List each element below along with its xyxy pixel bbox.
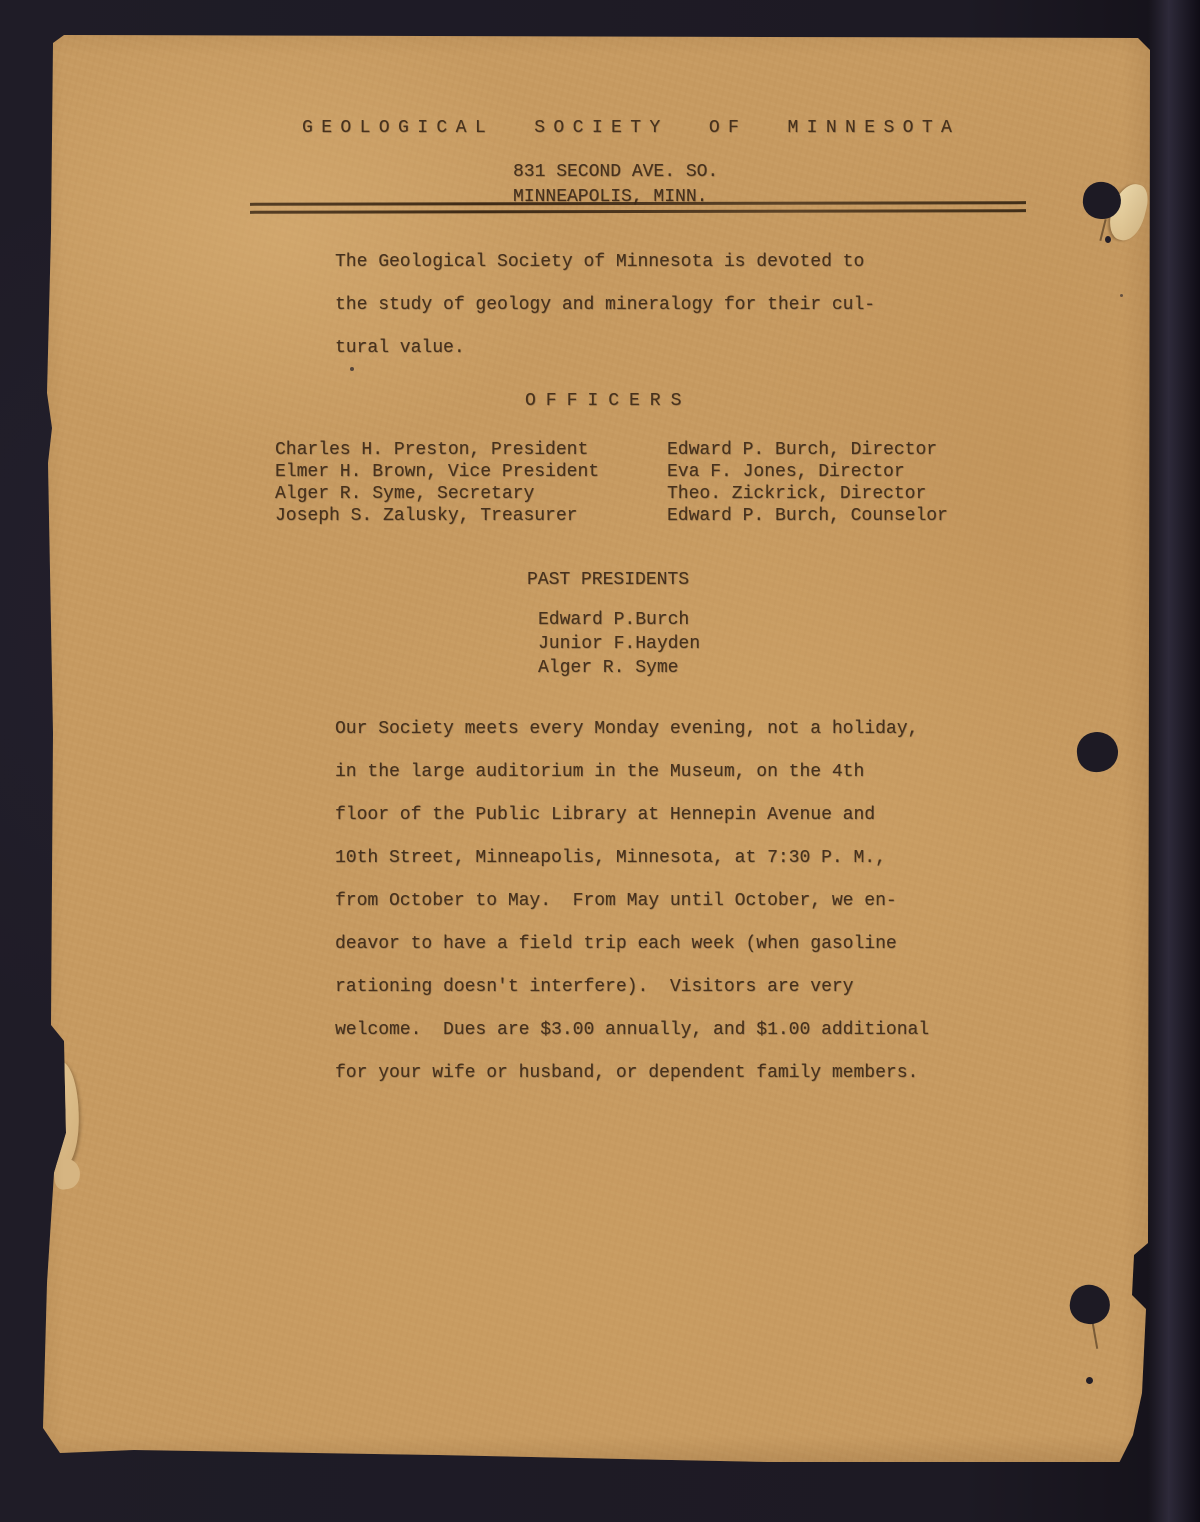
text-line: in the large auditorium in the Museum, o…: [335, 751, 929, 794]
officer-entry: Theo. Zickrick, Director: [667, 483, 948, 505]
past-presidents-list: Edward P.Burch Junior F.Hayden Alger R. …: [538, 608, 700, 680]
paper-sheet: GEOLOGICAL SOCIETY OF MINNESOTA 831 SECO…: [38, 33, 1152, 1462]
double-rule: [250, 202, 1026, 213]
rule-line-bottom: [250, 209, 1026, 213]
officers-right-column: Edward P. Burch, Director Eva F. Jones, …: [667, 439, 948, 527]
text-line: from October to May. From May until Octo…: [335, 880, 929, 923]
past-president-name: Alger R. Syme: [538, 656, 700, 680]
officer-entry: Charles H. Preston, President: [275, 439, 599, 461]
torn-flap-bottom-left-small: [52, 1157, 82, 1190]
officer-entry: Joseph S. Zalusky, Treasurer: [275, 505, 599, 527]
past-presidents-heading: PAST PRESIDENTS: [527, 569, 689, 591]
officer-entry: Elmer H. Brown, Vice President: [275, 461, 599, 483]
officer-entry: Edward P. Burch, Counselor: [667, 505, 948, 527]
officer-entry: Eva F. Jones, Director: [667, 461, 948, 483]
officer-entry: Alger R. Syme, Secretary: [275, 483, 599, 505]
punch-hole-middle: [1075, 730, 1120, 774]
officer-entry: Edward P. Burch, Director: [667, 439, 948, 461]
meeting-paragraph: Our Society meets every Monday evening, …: [335, 708, 929, 1095]
book-spine-shadow: [1148, 0, 1200, 1522]
page-background: { "document": { "org_name": "GEOLOGICAL …: [0, 0, 1200, 1522]
past-president-name: Edward P.Burch: [538, 608, 700, 632]
intro-paragraph: The Geological Society of Minnesota is d…: [335, 241, 875, 370]
text-line: The Geological Society of Minnesota is d…: [335, 241, 875, 284]
text-line: tural value.: [335, 327, 875, 370]
paper-speck: [1120, 294, 1123, 297]
officers-left-column: Charles H. Preston, President Elmer H. B…: [275, 439, 599, 527]
text-line: welcome. Dues are $3.00 annually, and $1…: [335, 1009, 929, 1052]
text-line: floor of the Public Library at Hennepin …: [335, 794, 929, 837]
text-line: deavor to have a field trip each week (w…: [335, 923, 929, 966]
text-line: Our Society meets every Monday evening, …: [335, 708, 929, 751]
punch-dot: [1086, 1377, 1093, 1384]
paper-crack: [1092, 1323, 1098, 1349]
officers-heading: OFFICERS: [525, 390, 691, 412]
punch-dot: [1105, 236, 1111, 243]
address-line-1: 831 SECOND AVE. SO.: [513, 160, 718, 185]
text-line: 10th Street, Minneapolis, Minnesota, at …: [335, 837, 929, 880]
past-president-name: Junior F.Hayden: [538, 632, 700, 656]
paper-speck: [350, 367, 354, 371]
punch-hole-bottom: [1066, 1281, 1113, 1327]
org-title: GEOLOGICAL SOCIETY OF MINNESOTA: [302, 117, 960, 139]
torn-flap-bottom-left: [42, 1060, 81, 1167]
text-line: the study of geology and mineralogy for …: [335, 284, 875, 327]
text-line: for your wife or husband, or dependent f…: [335, 1052, 929, 1095]
text-line: rationing doesn't interfere). Visitors a…: [335, 966, 929, 1009]
